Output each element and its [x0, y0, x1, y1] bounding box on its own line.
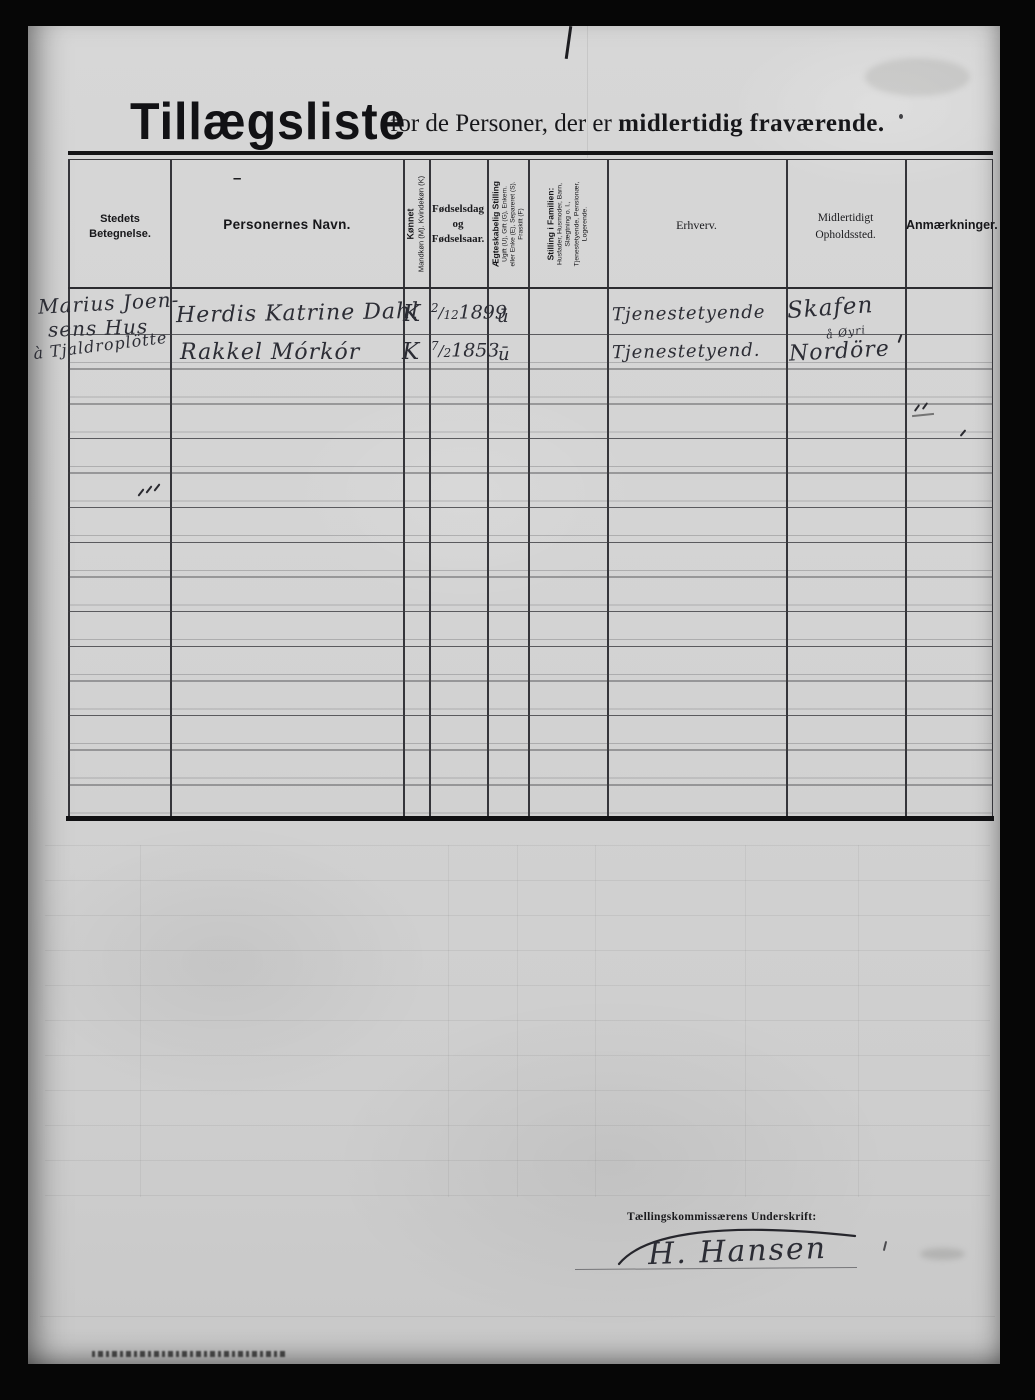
entry-marital: ū: [498, 344, 511, 365]
header-marital-title: Ægteskabelig Stilling: [490, 164, 501, 284]
header-name: Personernes Navn.: [172, 217, 402, 232]
header-bottom-rule: [68, 287, 993, 289]
bleedthrough-line: [858, 845, 859, 1197]
subtitle-bold: midlertidig fraværende.: [618, 110, 885, 137]
entry-marital: ū: [497, 306, 510, 327]
bleedthrough-line: [517, 845, 518, 1197]
col-divider: [786, 160, 788, 818]
entry-residence: Nordöre: [788, 336, 890, 366]
entry-name: Rakkel Mórkór: [180, 340, 360, 365]
table-border-left: [68, 160, 70, 818]
title-rule-thick: [68, 151, 993, 155]
ink-dot: [899, 114, 903, 119]
header-birth: Fødselsdag og Fødselsaar.: [430, 202, 486, 247]
table-border-right: [992, 160, 994, 818]
header-sex-sub: Mandkøn (M). Kvindekøn (K): [417, 164, 426, 284]
entry-name: Herdis Katrine Dahl: [176, 299, 420, 328]
header-residence: Midlertidigt Opholdssted.: [788, 210, 903, 244]
page-subtitle: for de Personer, der er midlertidig frav…: [390, 110, 885, 138]
header-occupation: Erhverv.: [609, 218, 784, 233]
signature-text: H. Hansen: [647, 1231, 827, 1272]
entry-occupation: Tjenestetyend.: [612, 340, 761, 364]
col-divider: [429, 160, 431, 818]
col-divider: [905, 160, 907, 818]
entry-occupation: Tjenestetyende: [612, 302, 766, 326]
scanned-census-page: Tillægsliste for de Personer, der er mid…: [0, 0, 1035, 1400]
header-family-title: Stilling i Familien:: [545, 164, 556, 284]
printed-dash: –: [233, 170, 241, 187]
entry-sex: K: [403, 301, 421, 327]
entry-birthdate: 721853: [431, 339, 499, 361]
bleedthrough-line: [745, 845, 746, 1197]
title-rule-thin: [68, 159, 993, 160]
bleedthrough-line: [140, 845, 141, 1197]
paper-crease: [587, 26, 588, 158]
paper-crease: [40, 1316, 995, 1317]
header-remarks: Anmærkninger.: [906, 218, 991, 232]
printer-imprint: [92, 1351, 287, 1357]
header-place: Stedets Betegnelse.: [70, 212, 170, 242]
header-sex: Kønnet Mandkøn (M). Kvindekøn (K): [403, 162, 429, 286]
bleedthrough-line: [595, 845, 596, 1197]
entry-birthdate: 2121899: [431, 301, 507, 323]
subtitle-regular: for de Personer, der er: [390, 110, 618, 137]
col-divider: [607, 160, 609, 818]
header-sex-title: Kønnet: [406, 164, 417, 284]
header-marital: Ægteskabelig Stilling Ugift (U), Gift (G…: [487, 162, 528, 286]
col-divider: [170, 160, 172, 818]
entry-sex: K: [402, 339, 420, 365]
ink-bleedthrough-smudge: [865, 58, 970, 96]
header-family: Stilling i Familien: Husfader, Husmoder,…: [528, 162, 607, 286]
page-title: Tillægsliste: [130, 92, 406, 152]
bleedthrough-line: [448, 845, 449, 1197]
table-bottom-rule: [66, 816, 994, 821]
pencil-smudge: [920, 1248, 965, 1260]
